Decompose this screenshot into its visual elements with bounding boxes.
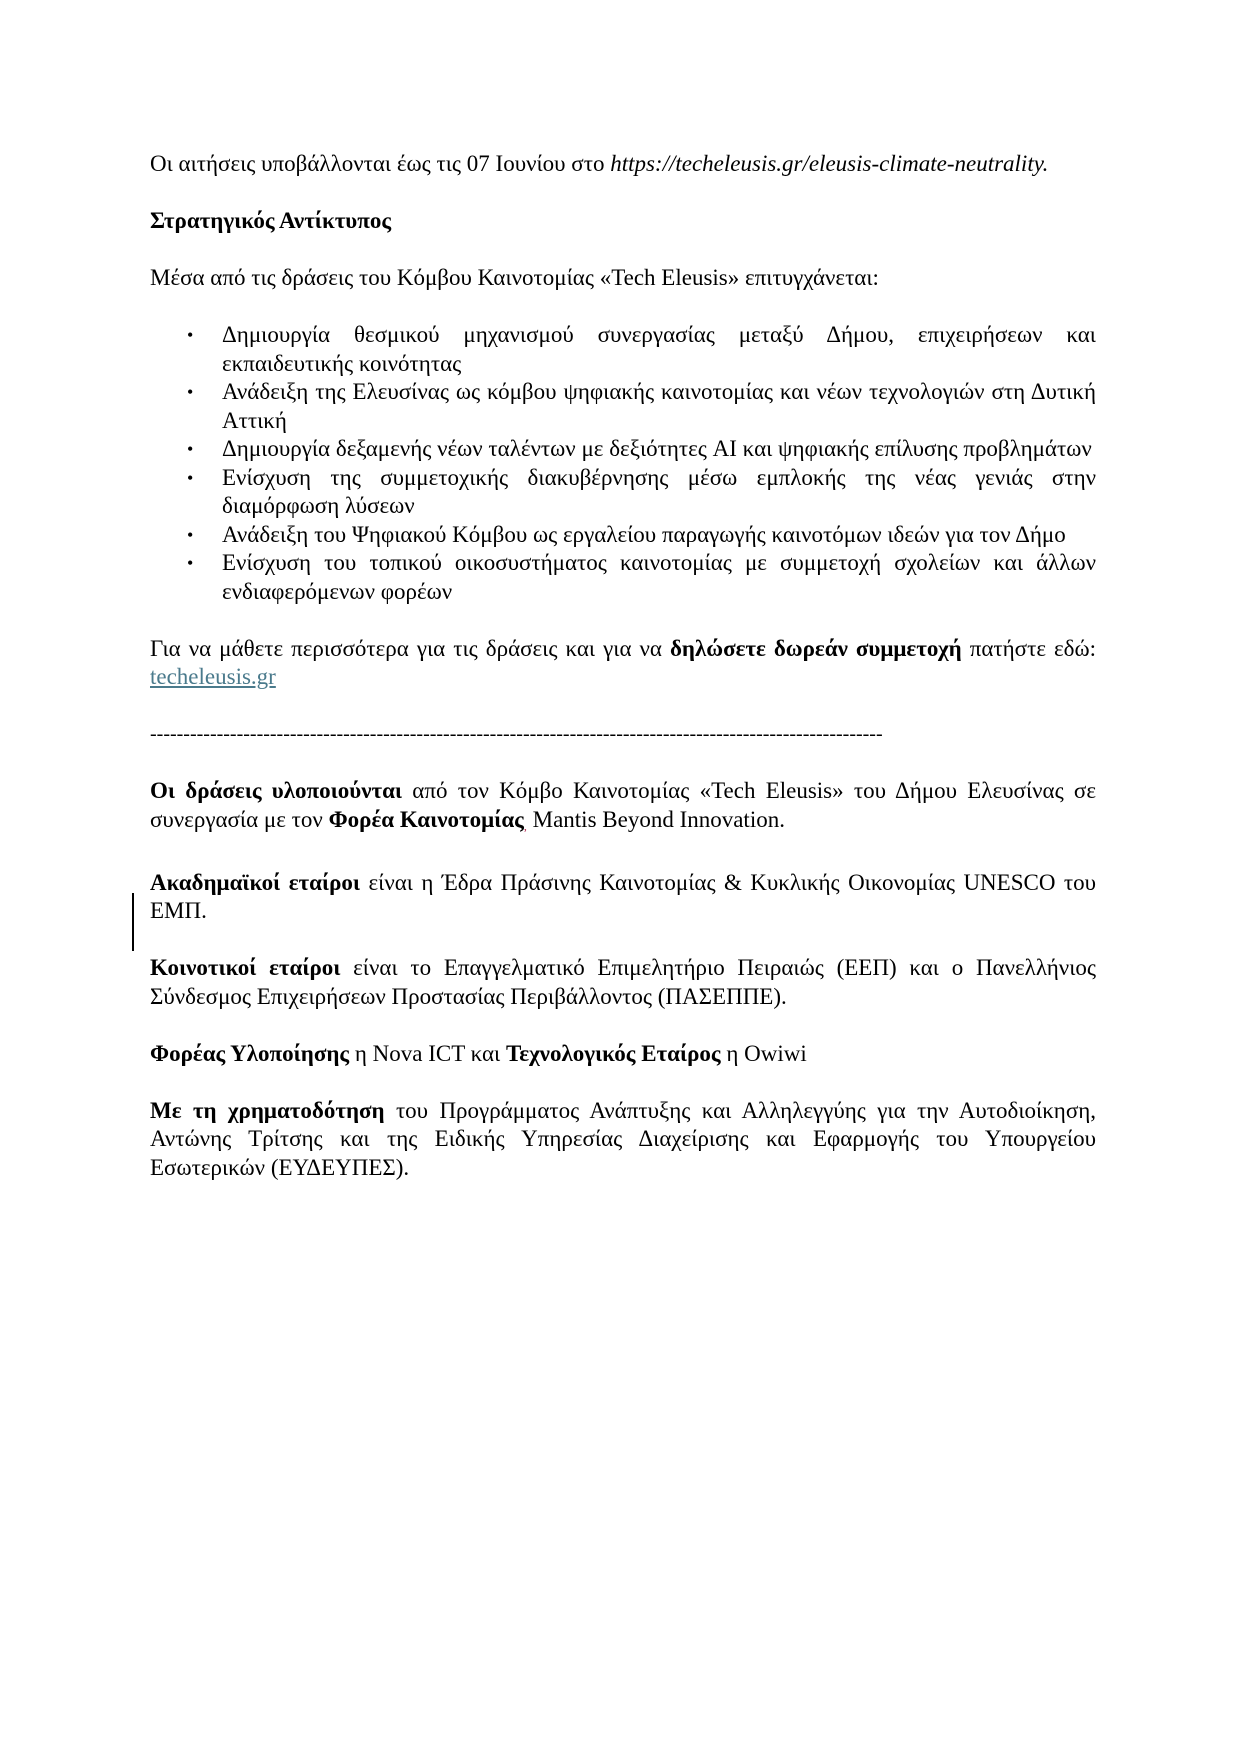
application-url[interactable]: https://techeleusis.gr/eleusis-climate-n… <box>610 151 1042 176</box>
document-page: Οι αιτήσεις υποβάλλονται έως τις 07 Ιουν… <box>150 150 1096 1182</box>
bullet-icon: • <box>187 378 193 407</box>
list-item: •Ανάδειξη της Ελευσίνας ως κόμβου ψηφιακ… <box>150 378 1096 435</box>
list-item: •Ενίσχυση της συμμετοχικής διακυβέρνησης… <box>150 464 1096 521</box>
revision-change-bar <box>132 893 134 951</box>
list-item: •Δημιουργία δεξαμενής νέων ταλέντων με δ… <box>150 435 1096 464</box>
bullet-icon: • <box>187 521 193 550</box>
bullet-icon: • <box>187 549 193 578</box>
implementer-paragraph: Φορέας Υλοποίησης η Nova ICT και Τεχνολο… <box>150 1040 1096 1069</box>
bullet-icon: • <box>187 464 193 493</box>
bullet-icon: • <box>187 435 193 464</box>
list-item: •Δημιουργία θεσμικού μηχανισμού συνεργασ… <box>150 321 1096 378</box>
application-deadline-paragraph: Οι αιτήσεις υποβάλλονται έως τις 07 Ιουν… <box>150 150 1096 179</box>
list-item: •Ανάδειξη του Ψηφιακού Κόμβου ως εργαλεί… <box>150 521 1096 550</box>
separator-line: ----------------------------------------… <box>150 720 1060 749</box>
techeleusis-link[interactable]: techeleusis.gr <box>150 664 276 689</box>
impact-list: •Δημιουργία θεσμικού μηχανισμού συνεργασ… <box>150 321 1096 606</box>
learn-more-paragraph: Για να μάθετε περισσότερα για τις δράσει… <box>150 635 1096 692</box>
funding-paragraph: Με τη χρηματοδότηση του Προγράμματος Ανά… <box>150 1097 1096 1183</box>
community-partners-paragraph: Κοινοτικοί εταίροι είναι το Επαγγελματικ… <box>150 954 1096 1011</box>
list-item: •Ενίσχυση του τοπικού οικοσυστήματος και… <box>150 549 1096 606</box>
academic-partners-paragraph: Ακαδημαϊκοί εταίροι είναι η Έδρα Πράσινη… <box>150 869 1096 926</box>
section-heading-impact: Στρατηγικός Αντίκτυπος <box>150 207 1096 236</box>
bullet-icon: • <box>187 321 193 350</box>
implementation-paragraph: Οι δράσεις υλοποιούνται από τον Κόμβο Κα… <box>150 777 1096 840</box>
impact-lead: Μέσα από τις δράσεις του Κόμβου Καινοτομ… <box>150 264 1096 293</box>
